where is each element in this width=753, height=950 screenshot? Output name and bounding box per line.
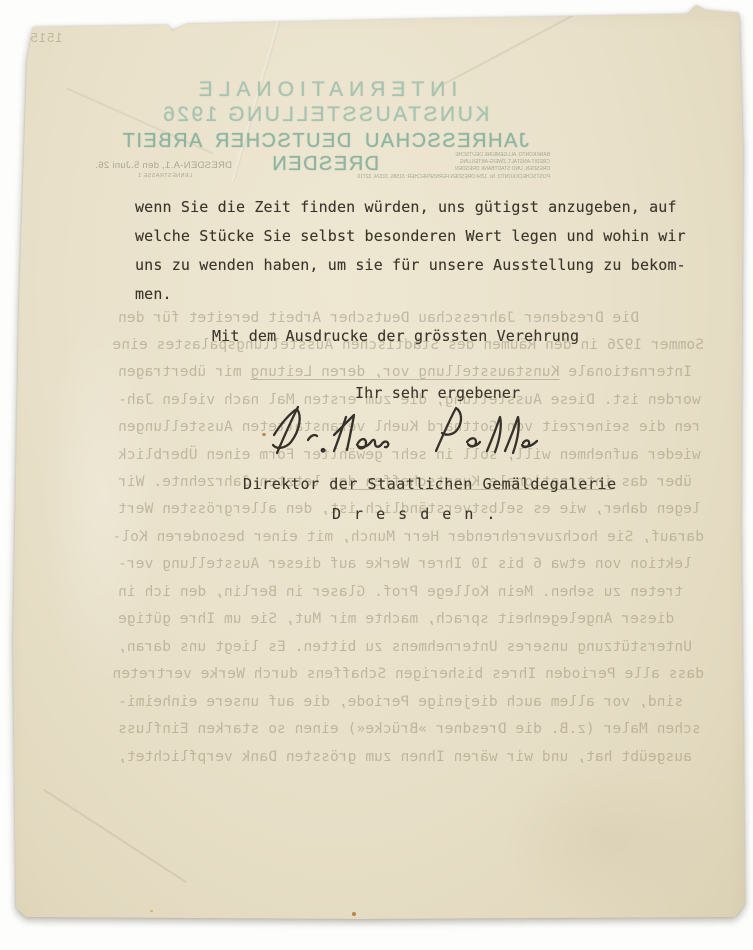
signature-text: Dr. Hans Posse [0, 0, 1, 1]
date-line: DRESDEN-A.1, den 5.Juni 26. [50, 160, 232, 171]
body-line: uns zu wenden haben, um sie für unsere A… [135, 256, 686, 274]
bleed-line-segment: schen Maler (z.B. die Dresdner »Brücke«)… [118, 721, 701, 737]
bank-line: CREDIT-ANSTALT, ZWEIG-ABTEILUNG [365, 159, 550, 166]
pencil-number: 1515-4 [16, 30, 62, 45]
bleed-line-segment: Internationale [560, 364, 692, 380]
valediction-line: Ihr sehr ergebener [355, 384, 520, 402]
bank-line: POSTSCHECKKONTO: Nr. 1254 DRESDEN FERNSP… [365, 174, 550, 181]
crease-mark [43, 789, 187, 883]
letterhead-line1: INTERNATIONALE [70, 78, 580, 102]
signature-handwriting [260, 404, 540, 460]
bleed-line: treten zu sehen. Mein Kollege Prof. Glas… [118, 584, 704, 600]
bleed-line-segment: Kunstausstellung vor, deren Leitung [250, 364, 559, 380]
letter-scan: 1515-4 INTERNATIONALE KUNSTAUSSTELLUNG 1… [0, 0, 753, 950]
paper-sheet: 1515-4 INTERNATIONALE KUNSTAUSSTELLUNG 1… [0, 0, 753, 950]
address-line: LENNÉSTRASSE 1 [50, 173, 232, 179]
body-line: men. [135, 285, 172, 303]
closing-line: Mit dem Ausdrucke der grössten Verehrung [212, 327, 579, 345]
bleed-line-segment: treten zu sehen. Mein Kollege Prof. Glas… [118, 584, 683, 600]
bleed-line: Die Dresdener Jahresschau Deutscher Arbe… [118, 310, 704, 326]
bleed-line-segment: über das [612, 474, 691, 490]
bleed-line-segment: ausgeübt hat, und wir wären Ihnen zum gr… [118, 749, 692, 765]
paper-surface: 1515-4 INTERNATIONALE KUNSTAUSSTELLUNG 1… [0, 0, 753, 950]
letterhead-date-bleed: DRESDEN-A.1, den 5.Juni 26. LENNÉSTRASSE… [50, 160, 232, 179]
bleed-line-segment: mir übertragen [118, 364, 250, 380]
bleed-line: dieser Angelegenheit sprach, machte mir … [118, 611, 704, 627]
bleed-line-segment: dass alle Perioden Ihres bisherigen Scha… [112, 666, 704, 682]
bleed-line-segment: lektion von etwa 6 bis 10 Ihrer Werke au… [118, 556, 692, 572]
bleed-line-segment: sind, vor allem auch diejenige Periode, … [118, 694, 683, 710]
letterhead-bank-bleed: BANKKONTO: ALLGEMEINE DEUTSCHE CREDIT-AN… [365, 152, 550, 181]
bleed-line-segment: Die Dresdener Jahresschau Deutscher Arbe… [118, 310, 639, 326]
crease-mark [500, 760, 720, 920]
rust-speck [352, 912, 356, 916]
body-line: wenn Sie die Zeit finden würden, uns güt… [135, 198, 677, 216]
bank-line: DRESDEN, UND STADTBANK DRESDEN [365, 166, 550, 173]
bleed-line-segment: dieser Angelegenheit sprach, machte mir … [118, 611, 674, 627]
bleed-line: schen Maler (z.B. die Dresdner »Brücke«)… [118, 721, 704, 737]
bleed-line-segment: Unterstützung unseres Unternehmens zu bi… [118, 639, 692, 655]
bleed-line: Internationale Kunstausstellung vor, der… [118, 364, 704, 380]
bleed-line-segment: darauf, Sie hochzuverehrender Herr Munch… [112, 529, 704, 545]
bleed-line: Unterstützung unseres Unternehmens zu bi… [118, 639, 704, 655]
letterhead-line2: KUNSTAUSSTELLUNG 1926 [70, 103, 580, 127]
rust-speck [150, 910, 153, 912]
signer-city-line: D r e s d e n . [332, 505, 497, 523]
bleed-line: ausgeübt hat, und wir wären Ihnen zum gr… [118, 749, 704, 765]
bank-line: BANKKONTO: ALLGEMEINE DEUTSCHE [365, 152, 550, 159]
signer-title-line: Direktor der Staatlichen Gemäldegalerie [243, 475, 617, 493]
bleed-line: dass alle Perioden Ihres bisherigen Scha… [118, 666, 704, 682]
bleed-line: sind, vor allem auch diejenige Periode, … [118, 694, 704, 710]
bleed-line: lektion von etwa 6 bis 10 Ihrer Werke au… [118, 556, 704, 572]
bleed-line: darauf, Sie hochzuverehrender Herr Munch… [118, 529, 704, 545]
body-line: welche Stücke Sie selbst besonderen Wert… [135, 227, 686, 245]
